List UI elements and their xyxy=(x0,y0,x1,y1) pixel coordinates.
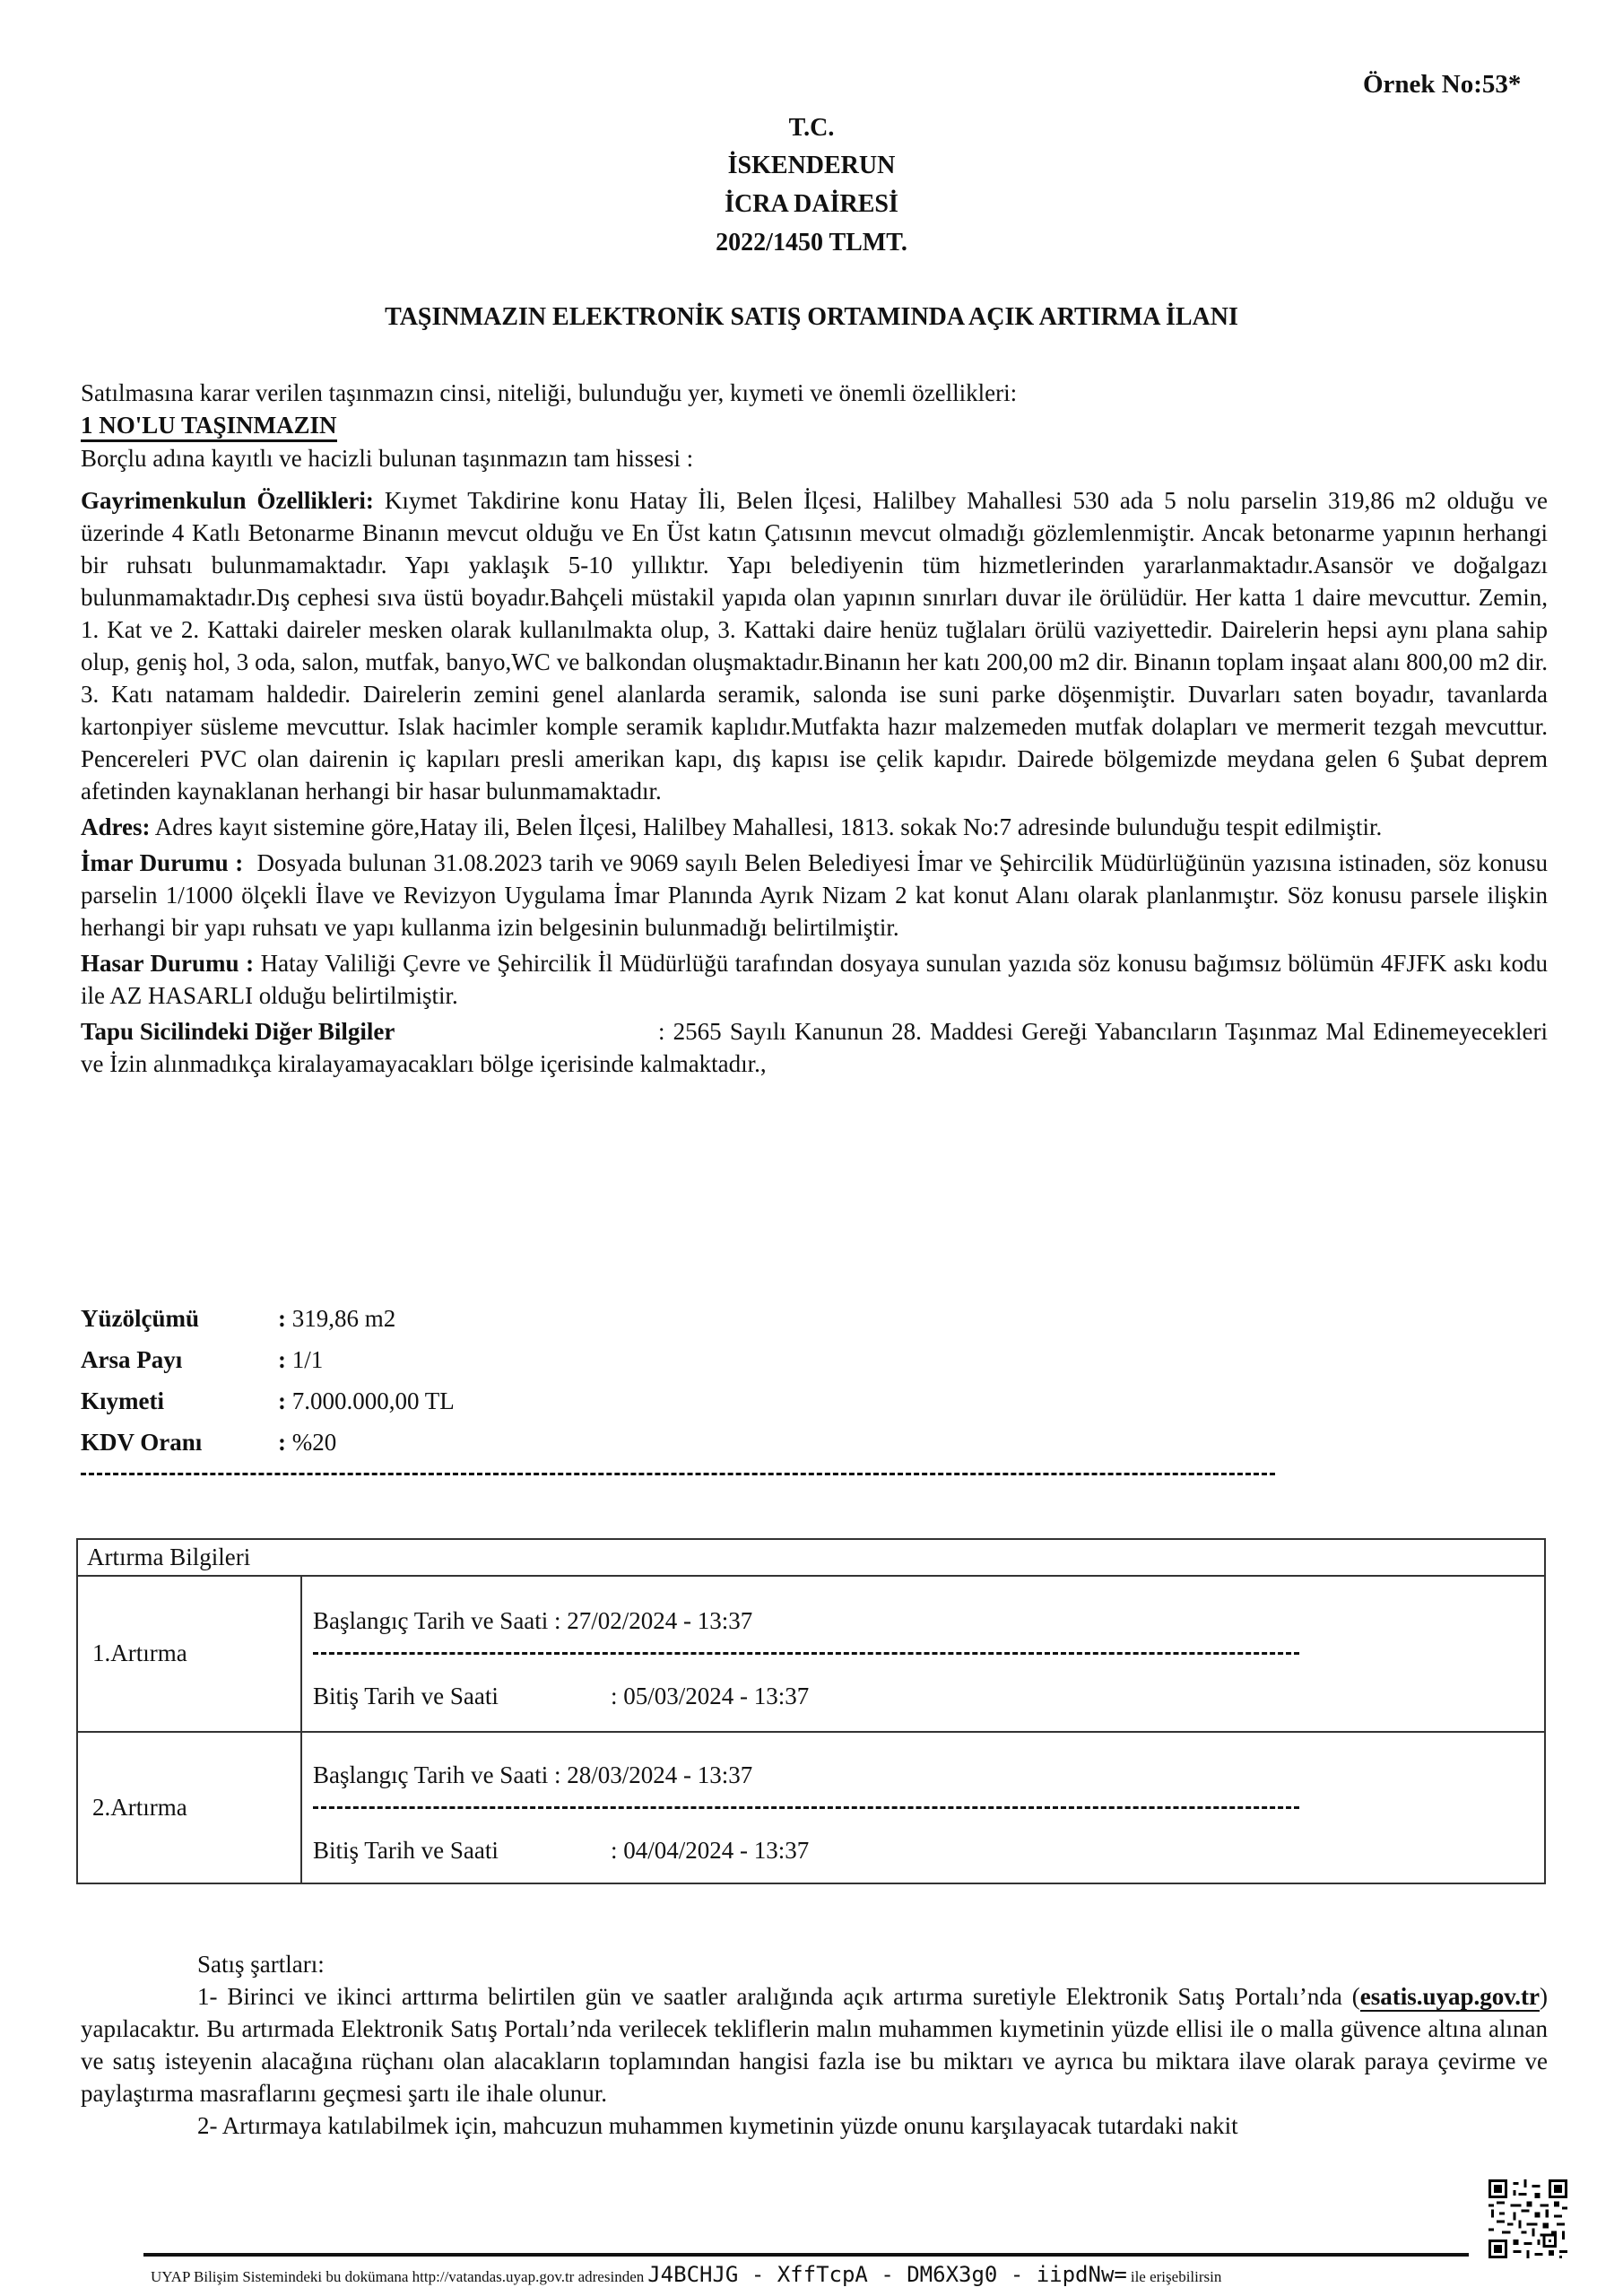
page-title: TAŞINMAZIN ELEKTRONİK SATIŞ ORTAMINDA AÇ… xyxy=(0,303,1623,332)
sale-term-1: 1- Birinci ve ikinci arttırma belirtilen… xyxy=(81,1980,1548,2109)
summary-value: 319,86 m2 xyxy=(292,1305,396,1332)
intro-block: Satılmasına karar verilen taşınmazın cin… xyxy=(81,377,1548,474)
auction-round-row: 1.Artırma Başlangıç Tarih ve Saati : 27/… xyxy=(78,1575,1544,1733)
summary-value: %20 xyxy=(292,1429,337,1456)
summary-key: Arsa Payı xyxy=(81,1339,278,1380)
end-value: : 04/04/2024 - 13:37 xyxy=(611,1837,809,1864)
verification-code: J4BCHJG - XffTcpA - DM6X3g0 - iipdNw= xyxy=(647,2262,1127,2287)
summary-key: Kıymeti xyxy=(81,1380,278,1422)
auction-info-table: Artırma Bilgileri 1.Artırma Başlangıç Ta… xyxy=(76,1538,1546,1884)
start-value: : 28/03/2024 - 13:37 xyxy=(554,1761,752,1788)
qr-code-icon xyxy=(1488,2179,1567,2258)
auction-start: Başlangıç Tarih ve Saati : 27/02/2024 - … xyxy=(313,1607,752,1635)
auction-start: Başlangıç Tarih ve Saati : 28/03/2024 - … xyxy=(313,1761,752,1789)
summary-row: Yüzölçümü: 319,86 m2 xyxy=(81,1298,395,1339)
esatis-link[interactable]: esatis.uyap.gov.tr xyxy=(1360,1983,1540,2012)
features-label: Gayrimenkulun Özellikleri: xyxy=(81,487,374,514)
header-office: İCRA DAİRESİ xyxy=(0,190,1623,219)
footer-rule xyxy=(143,2253,1469,2257)
zoning-label: İmar Durumu : xyxy=(81,849,243,876)
address-text: Adres kayıt sistemine göre,Hatay ili, Be… xyxy=(155,813,1382,840)
features-text: Kıymet Takdirine konu Hatay İli, Belen İ… xyxy=(81,487,1548,804)
auction-round-row: 2.Artırma Başlangıç Tarih ve Saati : 28/… xyxy=(78,1731,1544,1884)
address-label: Adres: xyxy=(81,813,151,840)
row-dashes xyxy=(313,1652,1299,1655)
summary-key: Yüzölçümü xyxy=(81,1298,278,1339)
summary-value: 7.000.000,00 TL xyxy=(292,1387,455,1414)
auction-end: Bitiş Tarih ve Saati: 04/04/2024 - 13:37 xyxy=(313,1837,809,1865)
summary-value: 1/1 xyxy=(292,1346,324,1373)
footer-suffix: ile erişebilirsin xyxy=(1131,2268,1222,2285)
auction-round-label: 2.Artırma xyxy=(78,1731,302,1884)
start-value: : 27/02/2024 - 13:37 xyxy=(554,1607,752,1634)
sale-term-2: 2- Artırmaya katılabilmek için, mahcuzun… xyxy=(81,2109,1548,2142)
features-paragraph: Gayrimenkulun Özellikleri: Kıymet Takdir… xyxy=(81,484,1548,807)
header-country: T.C. xyxy=(0,114,1623,143)
auction-table-header: Artırma Bilgileri xyxy=(78,1540,1544,1577)
footer-verification: UYAP Bilişim Sistemindeki bu dokümana ht… xyxy=(151,2262,1221,2287)
summary-key: KDV Oranı xyxy=(81,1422,278,1463)
intro-line: Satılmasına karar verilen taşınmazın cin… xyxy=(81,377,1548,409)
start-label: Başlangıç Tarih ve Saati xyxy=(313,1761,548,1788)
auction-round-label: 1.Artırma xyxy=(78,1575,302,1731)
damage-paragraph: Hasar Durumu : Hatay Valiliği Çevre ve Ş… xyxy=(81,947,1548,1012)
end-label: Bitiş Tarih ve Saati xyxy=(313,1837,611,1865)
summary-row: KDV Oranı: %20 xyxy=(81,1422,336,1463)
auction-end: Bitiş Tarih ve Saati: 05/03/2024 - 13:37 xyxy=(313,1683,809,1710)
row-dashes xyxy=(313,1806,1299,1809)
sale-terms: Satış şartları: 1- Birinci ve ikinci art… xyxy=(81,1948,1548,2142)
sample-number: Örnek No:53* xyxy=(1363,70,1521,100)
damage-text: Hatay Valiliği Çevre ve Şehircilik İl Mü… xyxy=(81,950,1548,1009)
end-label: Bitiş Tarih ve Saati xyxy=(313,1683,611,1710)
registry-label: Tapu Sicilindeki Diğer Bilgiler xyxy=(81,1015,658,1048)
property-heading: 1 NO'LU TAŞINMAZIN xyxy=(81,411,337,442)
end-value: : 05/03/2024 - 13:37 xyxy=(611,1683,809,1709)
address-paragraph: Adres: Adres kayıt sistemine göre,Hatay … xyxy=(81,811,1548,843)
registry-paragraph: Tapu Sicilindeki Diğer Bilgiler: 2565 Sa… xyxy=(81,1015,1548,1080)
summary-row: Kıymeti: 7.000.000,00 TL xyxy=(81,1380,455,1422)
property-details: Gayrimenkulun Özellikleri: Kıymet Takdir… xyxy=(81,484,1548,1080)
sale-term-1-text: 1- Birinci ve ikinci arttırma belirtilen… xyxy=(197,1983,1360,2010)
separator-dashes xyxy=(81,1473,1275,1475)
sale-terms-heading: Satış şartları: xyxy=(81,1948,1548,1980)
start-label: Başlangıç Tarih ve Saati xyxy=(313,1607,548,1634)
zoning-text: Dosyada bulunan 31.08.2023 tarih ve 9069… xyxy=(81,849,1548,941)
footer-prefix: UYAP Bilişim Sistemindeki bu dokümana ht… xyxy=(151,2268,644,2285)
header-file-number: 2022/1450 TLMT. xyxy=(0,229,1623,257)
zoning-paragraph: İmar Durumu : Dosyada bulunan 31.08.2023… xyxy=(81,847,1548,944)
summary-row: Arsa Payı: 1/1 xyxy=(81,1339,323,1380)
damage-label: Hasar Durumu : xyxy=(81,950,254,977)
header-city: İSKENDERUN xyxy=(0,152,1623,180)
share-line: Borçlu adına kayıtlı ve hacizli bulunan … xyxy=(81,442,1548,474)
